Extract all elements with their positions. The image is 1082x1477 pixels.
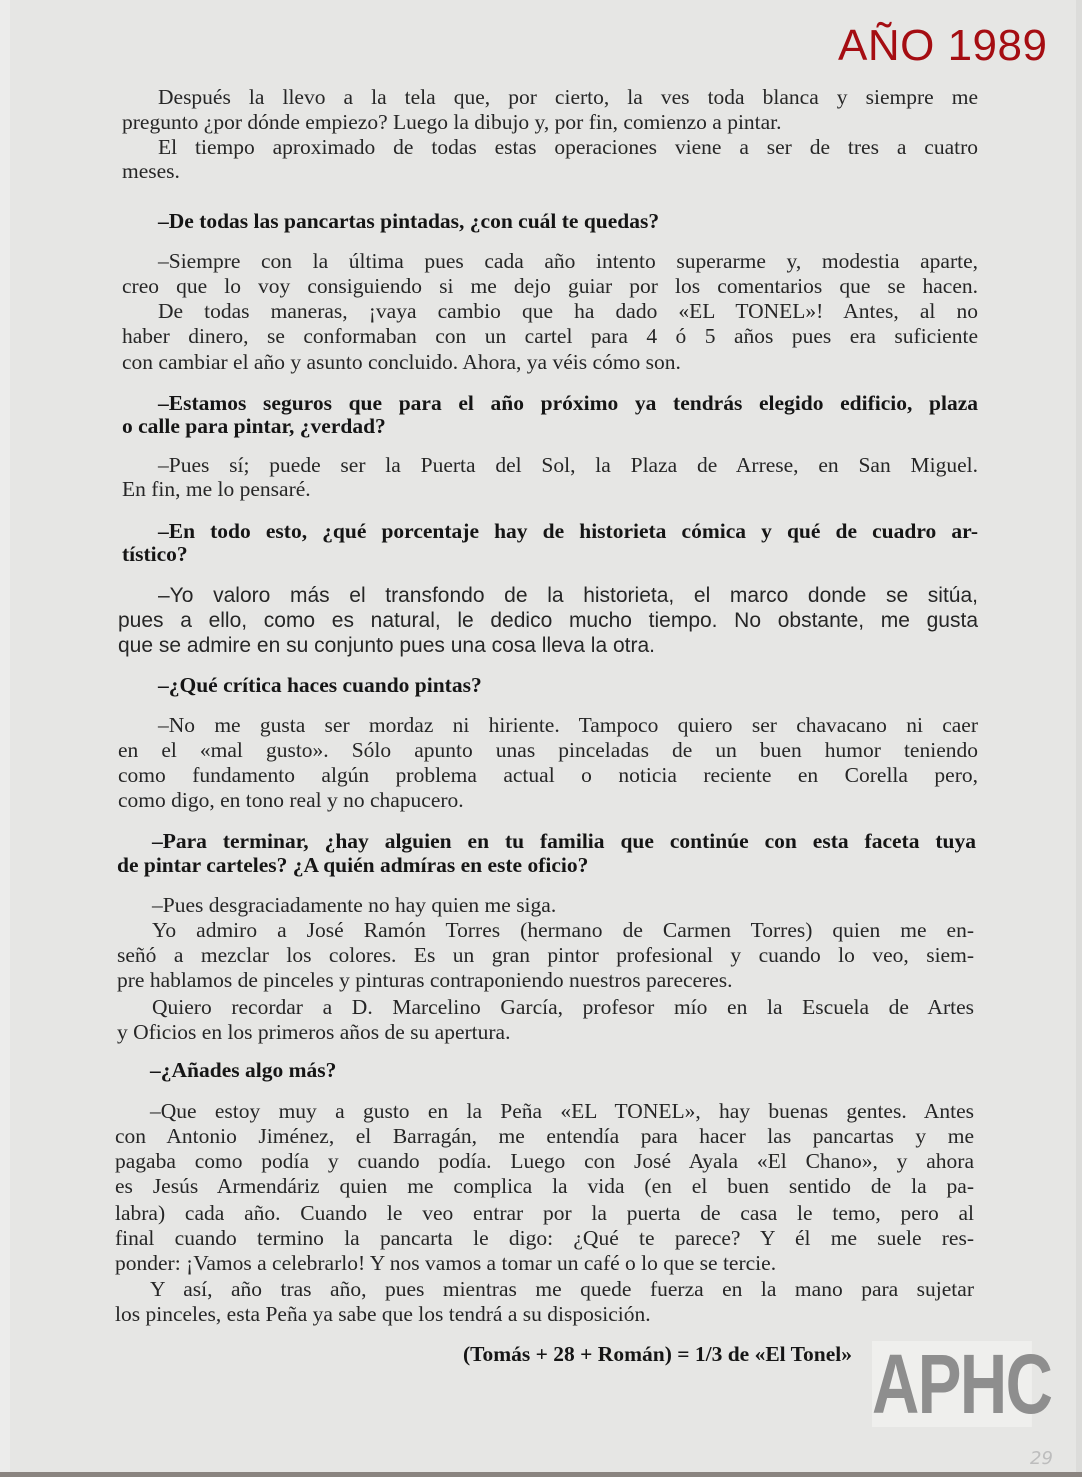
answer-line: Yo admiro a José Ramón Torres (hermano d… <box>152 918 974 943</box>
page-number: 29 <box>1030 1448 1053 1469</box>
answer-line: pues a ello, como es natural, le dedico … <box>118 608 978 633</box>
question-line: –Para terminar, ¿hay alguien en tu famil… <box>152 829 976 854</box>
answer-line: como fundamento algún problema actual o … <box>118 763 978 788</box>
answer-line: y Oficios en los primeros años de su ape… <box>117 1020 510 1045</box>
author-signature: (Tomás + 28 + Román) = 1/3 de «El Tonel» <box>463 1342 852 1367</box>
question-line: tístico? <box>122 542 188 567</box>
answer-line: en el «mal gusto». Sólo apunto unas pinc… <box>118 738 978 763</box>
answer-line: con Antonio Jiménez, el Barragán, me ent… <box>115 1124 974 1149</box>
question-line: de pintar carteles? ¿A quién admíras en … <box>117 853 588 878</box>
body-line: meses. <box>122 159 180 184</box>
page-edge-right <box>1076 0 1082 1477</box>
answer-line: –Siempre con la última pues cada año int… <box>158 249 978 274</box>
answer-line: De todas maneras, ¡vaya cambio que ha da… <box>158 299 978 324</box>
answer-line: Y así, año tras año, pues mientras me qu… <box>150 1277 974 1302</box>
answer-line: haber dinero, se conformaban con un cart… <box>122 324 978 349</box>
answer-line: creo que lo voy consiguiendo si me dejo … <box>122 274 978 299</box>
answer-line: como digo, en tono real y no chapucero. <box>118 788 464 813</box>
answer-line: que se admire en su conjunto pues una co… <box>118 633 655 658</box>
answer-line: pre hablamos de pinceles y pinturas cont… <box>117 968 733 993</box>
answer-line: –Yo valoro más el transfondo de la histo… <box>158 583 978 608</box>
answer-line: –Pues sí; puede ser la Puerta del Sol, l… <box>158 453 978 478</box>
question-line: –Estamos seguros que para el año próximo… <box>158 391 978 416</box>
aphc-watermark-logo: APHC <box>872 1341 1032 1427</box>
answer-line: Quiero recordar a D. Marcelino García, p… <box>152 995 974 1020</box>
question-line: o calle para pintar, ¿verdad? <box>122 414 386 439</box>
question-line: –De todas las pancartas pintadas, ¿con c… <box>158 209 659 234</box>
page-edge-left <box>0 0 10 1477</box>
answer-line: –Pues desgraciadamente no hay quien me s… <box>152 893 556 918</box>
answer-line: es Jesús Armendáriz quien me complica la… <box>115 1174 974 1199</box>
question-line: –En todo esto, ¿qué porcentaje hay de hi… <box>158 519 978 544</box>
question-line: –¿Qué crítica haces cuando pintas? <box>158 673 482 698</box>
answer-line: labra) cada año. Cuando le veo entrar po… <box>115 1201 974 1226</box>
body-line: El tiempo aproximado de todas estas oper… <box>158 135 978 160</box>
answer-line: con cambiar el año y asunto concluido. A… <box>122 350 681 375</box>
page-edge-bottom <box>0 1472 1082 1477</box>
answer-line: pagaba como podía y cuando podía. Luego … <box>115 1149 974 1174</box>
answer-line: los pinceles, esta Peña ya sabe que los … <box>115 1302 651 1327</box>
answer-line: final cuando termino la pancarta le digo… <box>115 1226 974 1251</box>
year-stamp: AÑO 1989 <box>838 16 1047 76</box>
question-line: –¿Añades algo más? <box>150 1058 336 1083</box>
answer-line: –No me gusta ser mordaz ni hiriente. Tam… <box>158 713 978 738</box>
answer-line: ponder: ¡Vamos a celebrarlo! Y nos vamos… <box>115 1251 776 1276</box>
answer-line: En fin, me lo pensaré. <box>122 477 311 502</box>
body-line: pregunto ¿por dónde empiezo? Luego la di… <box>122 110 782 135</box>
body-line: Después la llevo a la tela que, por cier… <box>158 85 978 110</box>
answer-line: –Que estoy muy a gusto en la Peña «EL TO… <box>150 1099 974 1124</box>
answer-line: señó a mezclar los colores. Es un gran p… <box>117 943 974 968</box>
